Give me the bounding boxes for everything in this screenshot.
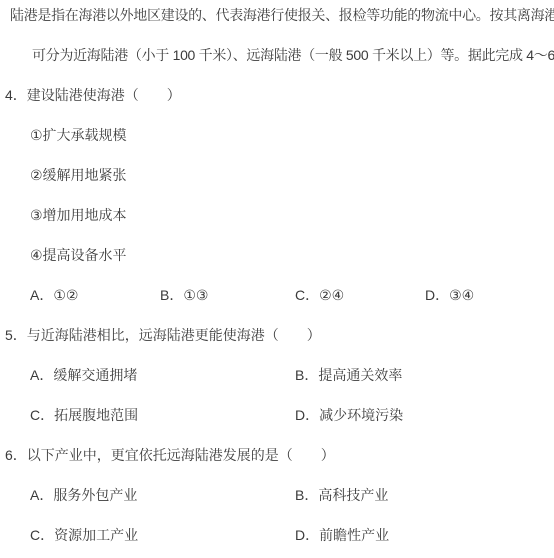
question-4-item-2: ②缓解用地紧张: [0, 167, 554, 184]
passage-line-2: 可分为近海陆港（小于 100 千米）、远海陆港（一般 500 千米以上）等。据此…: [0, 47, 554, 64]
question-6-options-cd: C．资源加工产业 D．前瞻性产业: [0, 527, 554, 544]
question-5-options-cd: C．拓展腹地范围 D．减少环境污染: [0, 407, 554, 424]
question-5-option-c: C．拓展腹地范围: [30, 407, 295, 424]
question-4-item-4: ④提高设备水平: [0, 247, 554, 264]
passage-line-1: 陆港是指在海港以外地区建设的、代表海港行使报关、报检等功能的物流中心。按其离海港…: [0, 7, 554, 24]
question-4-item-3: ③增加用地成本: [0, 207, 554, 224]
question-4-stem: 4．建设陆港使海港（ ）: [0, 87, 554, 104]
question-4-options: A．①② B．①③ C．②④ D．③④: [0, 287, 554, 304]
question-5-options-ab: A．缓解交通拥堵 B．提高通关效率: [0, 367, 554, 384]
exam-page: 陆港是指在海港以外地区建设的、代表海港行使报关、报检等功能的物流中心。按其离海港…: [0, 7, 554, 558]
question-4-item-1: ①扩大承载规模: [0, 127, 554, 144]
question-4-option-a: A．①②: [30, 287, 160, 304]
question-4-option-c: C．②④: [295, 287, 425, 304]
question-5-option-b: B．提高通关效率: [295, 367, 554, 384]
question-5-option-d: D．减少环境污染: [295, 407, 554, 424]
question-4-option-b: B．①③: [160, 287, 295, 304]
question-6-options-ab: A．服务外包产业 B．高科技产业: [0, 487, 554, 504]
question-5-option-a: A．缓解交通拥堵: [30, 367, 295, 384]
question-4-option-d: D．③④: [425, 287, 554, 304]
question-6-option-b: B．高科技产业: [295, 487, 554, 504]
question-5-stem: 5．与近海陆港相比，远海陆港更能使海港（ ）: [0, 327, 554, 344]
question-6-option-d: D．前瞻性产业: [295, 527, 554, 544]
question-6-stem: 6．以下产业中，更宜依托远海陆港发展的是（ ）: [0, 447, 554, 464]
question-6-option-c: C．资源加工产业: [30, 527, 295, 544]
question-6-option-a: A．服务外包产业: [30, 487, 295, 504]
